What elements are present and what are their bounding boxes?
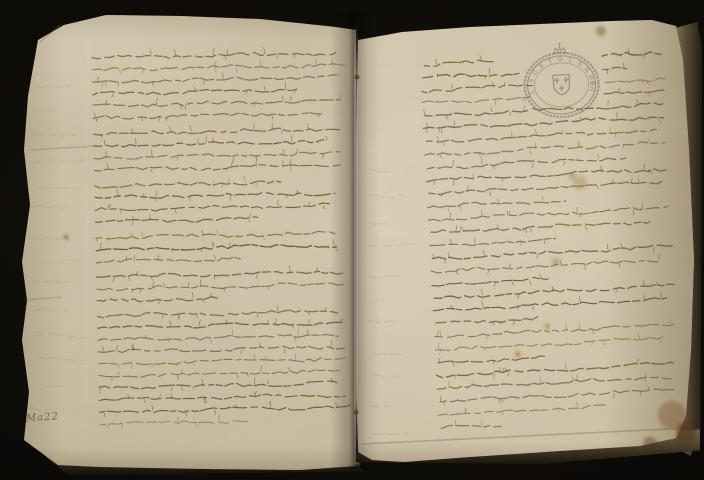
- manuscript-photo: GETOLSNSOLDEN Ma22: [0, 0, 704, 480]
- ink-overlay: GETOLSNSOLDEN: [0, 0, 704, 480]
- marginal-annotation: Ma22: [25, 409, 70, 428]
- paper-mottle-texture: [0, 0, 704, 480]
